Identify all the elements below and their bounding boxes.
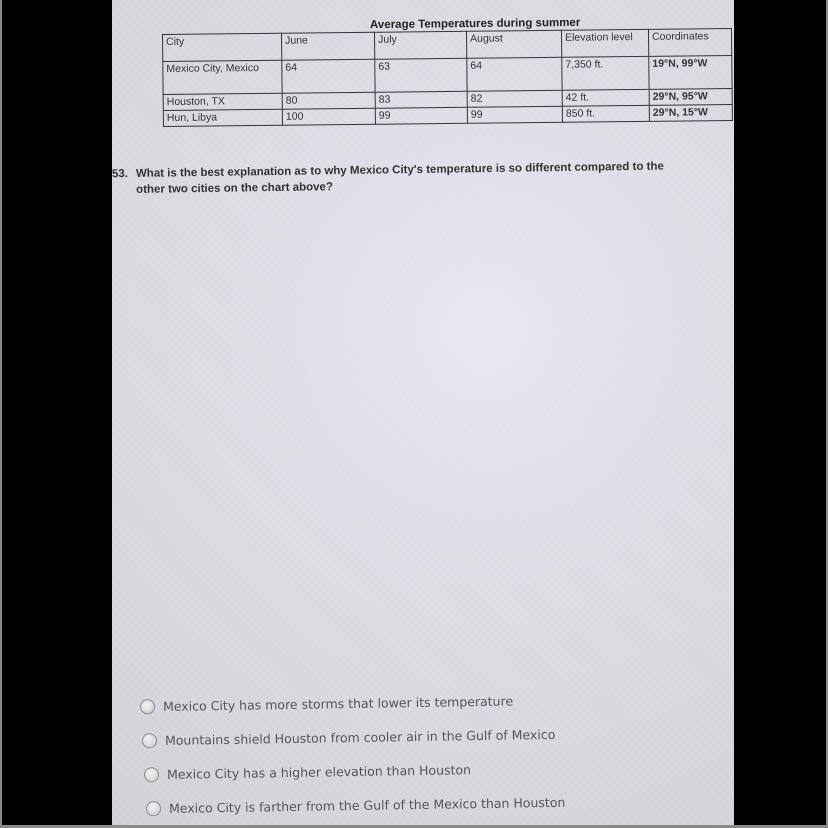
- option-label[interactable]: Mexico City has a higher elevation than …: [167, 762, 471, 782]
- cell-june: 64: [282, 59, 375, 93]
- cell-city: Houston, TX: [163, 93, 282, 110]
- radio-button-icon[interactable]: [144, 767, 159, 782]
- cell-elevation: 42 ft.: [562, 89, 649, 106]
- cell-coordinates: 29°N, 15°W: [649, 105, 732, 122]
- option-label[interactable]: Mexico City has more storms that lower i…: [163, 693, 513, 713]
- header-elevation: Elevation level: [561, 29, 648, 57]
- cell-city: Hun, Libya: [163, 109, 282, 126]
- cell-july: 99: [375, 107, 467, 124]
- cell-july: 83: [375, 91, 467, 108]
- cell-august: 64: [467, 57, 562, 91]
- question: 53.What is the best explanation as to wh…: [112, 158, 722, 199]
- radio-button-icon[interactable]: [146, 801, 161, 816]
- cell-elevation: 850 ft.: [562, 105, 649, 122]
- cell-july: 63: [375, 58, 467, 92]
- cell-elevation: 7,350 ft.: [562, 56, 649, 90]
- cell-august: 99: [467, 106, 562, 123]
- header-coordinates: Coordinates: [648, 29, 731, 57]
- radio-button-icon[interactable]: [142, 733, 157, 748]
- cell-june: 80: [282, 92, 375, 109]
- cell-city: Mexico City, Mexico: [163, 60, 282, 94]
- cell-coordinates: 29°N, 95°W: [649, 89, 732, 106]
- cell-august: 82: [467, 90, 562, 107]
- header-city: City: [163, 33, 282, 61]
- photo-frame-left-edge: [0, 0, 2, 828]
- worksheet-photo: Average Temperatures during summer City …: [112, 0, 734, 825]
- option-label[interactable]: Mexico City is farther from the Gulf of …: [169, 794, 566, 815]
- header-june: June: [281, 32, 374, 60]
- question-number: 53.: [112, 166, 136, 182]
- temperature-table: City June July August Elevation level Co…: [162, 28, 733, 127]
- radio-button-icon[interactable]: [140, 699, 155, 714]
- option-label[interactable]: Mountains shield Houston from cooler air…: [165, 726, 556, 747]
- cell-june: 100: [282, 108, 375, 125]
- cell-coordinates: 19°N, 99°W: [649, 56, 732, 90]
- header-august: August: [466, 30, 561, 58]
- answer-option[interactable]: Mexico City is farther from the Gulf of …: [146, 785, 566, 825]
- header-july: July: [374, 31, 466, 59]
- answer-options: Mexico City has more storms that lower i…: [140, 686, 565, 822]
